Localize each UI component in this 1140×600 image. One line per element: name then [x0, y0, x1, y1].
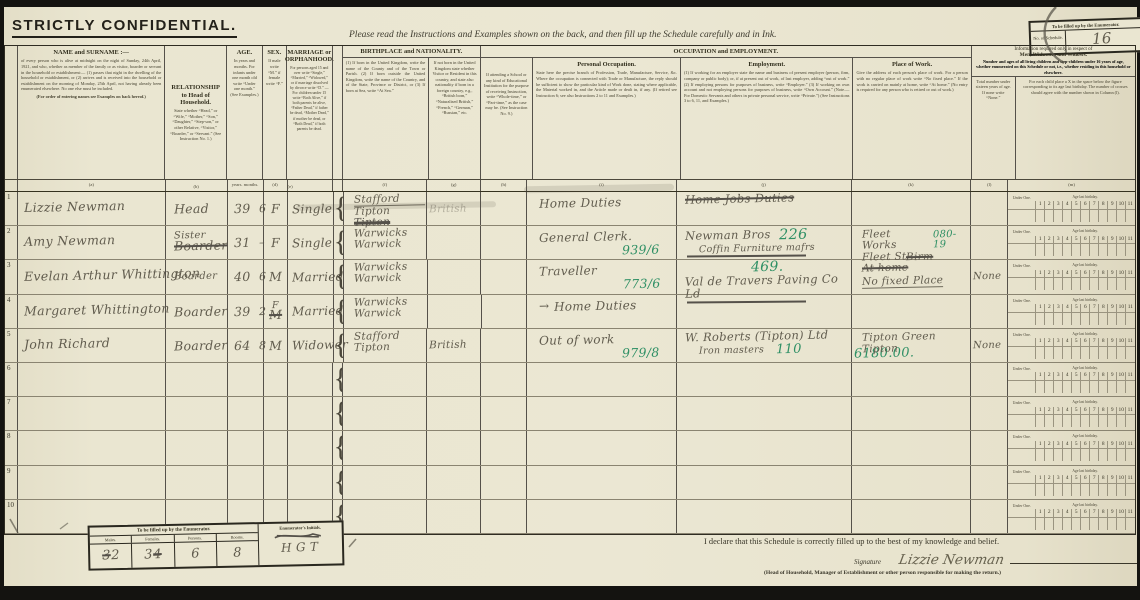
age-years-entry: 39 [233, 201, 250, 216]
school-cell [480, 363, 526, 396]
place-of-work-cell: 6180.00. Tipton Green Tipton [851, 329, 971, 362]
age-cell: 64 8 [227, 329, 263, 362]
occupation-cell: → Home Duties [526, 192, 676, 225]
age-number-cell: 10 [1116, 509, 1125, 517]
females-header: Females. [132, 535, 174, 543]
age-number-cell: 11 [1125, 270, 1134, 278]
enumerator-initials-entry: H G T [281, 539, 319, 555]
birthplace-cell [342, 466, 426, 499]
occupation-cell: → [526, 466, 676, 499]
place-of-work-cell [851, 431, 971, 464]
age-last-birthday-label: Age last birthday. [1035, 332, 1135, 336]
age-mark-strip [1035, 313, 1135, 325]
age-mark-cell [1080, 313, 1089, 325]
children-total-instructions: Total number under sixteen years of age.… [975, 79, 1012, 101]
place-of-work-line1: Tipton Green [861, 331, 935, 343]
place-of-work-cell [851, 192, 971, 225]
age-number-cell: 4 [1062, 270, 1071, 278]
age-mark-cell [1071, 518, 1080, 530]
sex-cell [263, 431, 287, 464]
age-mark-cell [1080, 518, 1089, 530]
under-one-cell: Under One. [1008, 433, 1035, 448]
age-years-entry: 31 [234, 235, 251, 250]
birthplace-column-instructions: (1) If born in the United Kingdom, write… [346, 60, 426, 93]
school-cell [481, 295, 527, 328]
rooms-value: 8 [217, 541, 259, 566]
children-total-cell [970, 226, 1007, 259]
under-one-mark-cell [1008, 484, 1035, 496]
marriage-cell [287, 466, 333, 499]
birthplace-group-header: BIRTHPLACE and NATIONALITY. (1) If born … [342, 46, 480, 179]
age-mark-cell [1125, 518, 1134, 530]
sex-entry: M [269, 269, 282, 284]
employment-cell [676, 363, 851, 396]
age-number-cell: 6 [1080, 372, 1089, 380]
age-number-cell: 11 [1125, 372, 1134, 380]
age-mark-cell [1089, 484, 1098, 496]
age-number-cell: 3 [1053, 509, 1062, 517]
place-of-work-title: Place of Work. [856, 61, 967, 68]
sex-entry: M [268, 338, 281, 353]
occupation-code: 939/6 [622, 242, 660, 258]
age-years-entry: 64 [234, 338, 251, 353]
age-number-cell: 8 [1098, 338, 1107, 346]
children-total-entry: None [973, 271, 1002, 283]
rooms-header: Rooms. [217, 533, 258, 541]
under-one-mark-cell [1008, 518, 1035, 530]
age-mark-cell [1071, 415, 1080, 427]
occupation-cell: → [526, 431, 676, 464]
relationship-column-title: RELATIONSHIP to Head of Household. [168, 84, 223, 106]
age-number-cell: 10 [1116, 407, 1125, 415]
age-number-cell: 3 [1053, 475, 1062, 483]
row-number: 5 [5, 329, 17, 362]
age-number-cell: 11 [1125, 201, 1134, 209]
age-mark-cell [1107, 210, 1116, 222]
personal-occupation-title: Personal Occupation. [536, 61, 677, 68]
age-number-cell: 9 [1107, 475, 1116, 483]
printed-brace: { [332, 431, 342, 464]
age-mark-strip [1035, 518, 1135, 530]
birthplace-cell [342, 431, 426, 464]
sex-cell: F [263, 192, 287, 225]
age-number-cell: 7 [1089, 304, 1098, 312]
age-mark-cell [1062, 518, 1071, 530]
place-of-work-struck: At home [862, 263, 909, 274]
age-cell [227, 431, 263, 464]
row-number: 10 [5, 500, 17, 533]
table-row: 3 Evelan Arthur Whittington Boarder 40 6… [5, 260, 1135, 294]
birthplace-cell: Stafford Tipton [343, 329, 427, 362]
age-number-cell: 11 [1125, 475, 1134, 483]
age-mark-cell [1098, 381, 1107, 393]
children-age-grid: Under One. Age last birthday. 1234567891… [1007, 192, 1135, 225]
footer-employment: (j) [676, 180, 851, 191]
place-of-work-cell [851, 466, 971, 499]
footer-place: (k) [851, 180, 971, 191]
occupation-arrow: → [539, 298, 550, 312]
age-column-header: AGE. In years and months. For infants un… [226, 46, 262, 179]
age-mark-cell [1089, 244, 1098, 256]
nationality-cell [426, 226, 480, 259]
age-number-cell: 7 [1089, 441, 1098, 449]
employer-business: Coffin Furniture mafrs [699, 242, 815, 254]
place-of-work-line1: Fleet Works [861, 229, 925, 251]
school-cell [480, 466, 526, 499]
school-cell [480, 397, 526, 430]
name-cell [17, 363, 165, 396]
children-info-title: Information required only in respect of … [972, 46, 1135, 58]
under-one-mark-cell [1008, 347, 1035, 359]
marriage-cell: Married [287, 295, 333, 328]
children-total-entry: None [973, 340, 1002, 352]
occupation-entry: Home Duties [539, 195, 622, 211]
age-number-strip: 1234567891011 [1035, 441, 1135, 449]
birthplace-cell [342, 500, 426, 533]
children-total-cell: None [970, 260, 1007, 293]
age-number-cell: 4 [1062, 236, 1071, 244]
employment-cell: 469. Val de Travers Paving Co Ld [676, 260, 851, 293]
footer-marriage: (e) [287, 180, 333, 191]
nationality-cell [426, 466, 480, 499]
marriage-cell: Widower [287, 329, 333, 362]
personal-occupation-instructions: State here the precise branch of Profess… [536, 70, 677, 98]
occupation-group-title: OCCUPATION and EMPLOYMENT. [481, 46, 971, 57]
age-number-cell: 5 [1071, 270, 1080, 278]
age-number-cell: 2 [1044, 270, 1053, 278]
birthplace-town: Warwick [354, 273, 425, 285]
age-number-cell: 2 [1044, 509, 1053, 517]
relationship-entry: Head [174, 201, 225, 217]
table-row: 8 { [5, 431, 1135, 465]
age-number-cell: 11 [1125, 509, 1134, 517]
age-number-cell: 4 [1062, 475, 1071, 483]
age-number-cell: 1 [1035, 407, 1044, 415]
males-struck-value: 3 [102, 548, 111, 563]
age-mark-cell [1098, 347, 1107, 359]
place-of-work-underlined: No fixed Place [862, 275, 943, 288]
age-number-cell: 5 [1071, 509, 1080, 517]
age-mark-strip [1035, 484, 1135, 496]
males-header: Males. [90, 536, 132, 544]
employment-cell: W. Roberts (Tipton) Ltd Iron masters 110 [676, 329, 851, 362]
age-number-strip: 1234567891011 [1035, 372, 1135, 380]
age-number-cell: 6 [1080, 236, 1089, 244]
age-mark-cell [1035, 484, 1044, 496]
relationship-cell [165, 397, 227, 430]
employer-name: Newman Bros [685, 229, 771, 242]
age-mark-cell [1116, 381, 1125, 393]
under-one-cell: Under One. [1008, 502, 1035, 517]
age-last-birthday-label: Age last birthday. [1035, 400, 1135, 404]
age-mark-cell [1125, 278, 1134, 290]
sex-entry: F [270, 201, 279, 216]
nationality-cell [426, 431, 480, 464]
age-mark-cell [1035, 347, 1044, 359]
age-last-birthday-label: Age last birthday. [1035, 469, 1135, 473]
employment-instructions: (1) If working for an employer state the… [684, 70, 850, 103]
under-one-cell: Under One. [1008, 194, 1035, 209]
age-number-cell: 1 [1035, 372, 1044, 380]
brace-column-header [332, 46, 342, 179]
nationality-cell [426, 397, 480, 430]
age-number-cell: 7 [1089, 270, 1098, 278]
age-last-birthday-label: Age last birthday. [1035, 434, 1135, 438]
age-number-cell: 1 [1035, 304, 1044, 312]
birthplace-cell [342, 363, 426, 396]
age-mark-cell [1080, 381, 1089, 393]
age-number-cell: 9 [1107, 372, 1116, 380]
under-one-cell: Under One. [1008, 468, 1035, 483]
age-column-instructions: In years and months. For infants under o… [230, 58, 259, 97]
age-number-cell: 4 [1062, 509, 1071, 517]
age-number-cell: 3 [1053, 201, 1062, 209]
printed-brace: { [332, 466, 342, 499]
confidential-heading: STRICTLY CONFIDENTIAL. [12, 17, 237, 38]
children-total-cell [970, 500, 1007, 533]
age-mark-cell [1089, 449, 1098, 461]
age-mark-cell [1107, 381, 1116, 393]
age-mark-cell [1035, 518, 1044, 530]
age-mark-cell [1116, 210, 1125, 222]
enumerator-box: To be filled up by the Enumerator. Males… [88, 520, 345, 570]
age-number-cell: 8 [1098, 372, 1107, 380]
school-column-header: If attending a School or any kind of Edu… [481, 58, 532, 179]
place-of-work-cell: Fleet Works 080-19 Fleet St Birm [851, 226, 971, 259]
relationship-column-instructions: State whether “Head,” or “Wife,” “Mother… [168, 108, 223, 141]
age-mark-cell [1116, 244, 1125, 256]
age-mark-cell [1062, 244, 1071, 256]
age-number-cell: 2 [1044, 236, 1053, 244]
census-table: NAME and SURNAME :— of every person who … [4, 45, 1136, 535]
age-mark-cell [1089, 313, 1098, 325]
children-info-group-header: Information required only in respect of … [971, 46, 1135, 179]
nationality-entry: British [429, 339, 467, 352]
sex-cell: M [263, 260, 287, 293]
place-of-work-cell [851, 363, 971, 396]
occupation-code: 979/8 [622, 344, 660, 360]
age-mark-cell [1053, 278, 1062, 290]
birthplace-cell: Warwicks Warwick [343, 260, 427, 293]
age-number-cell: 6 [1080, 509, 1089, 517]
relationship-entry: Boarder [174, 337, 225, 353]
age-number-cell: 3 [1053, 407, 1062, 415]
age-mark-cell [1035, 210, 1044, 222]
age-mark-cell [1125, 415, 1134, 427]
pencil-strike-line [687, 255, 806, 258]
age-number-cell: 2 [1044, 304, 1053, 312]
age-mark-cell [1098, 449, 1107, 461]
name-cell: Margaret Whittington [17, 295, 165, 328]
occupation-entry: Out of work [539, 332, 615, 348]
age-mark-cell [1080, 347, 1089, 359]
children-age-grid: Under One. Age last birthday. 1234567891… [1007, 500, 1135, 533]
place-of-work-instructions: Give the address of each person's place … [856, 70, 967, 92]
age-number-cell: 9 [1107, 201, 1116, 209]
age-number-cell: 3 [1053, 372, 1062, 380]
age-mark-cell [1080, 244, 1089, 256]
school-cell [480, 192, 526, 225]
age-number-cell: 6 [1080, 407, 1089, 415]
occupation-entry: Traveller [539, 264, 597, 279]
school-column-instructions: If attending a School or any kind of Edu… [484, 72, 529, 117]
age-mark-cell [1098, 278, 1107, 290]
nationality-cell: British [426, 192, 480, 225]
persons-header: Persons. [174, 534, 216, 542]
age-number-cell: 5 [1071, 372, 1080, 380]
name-column-note: (For order of entering names see Example… [21, 94, 161, 99]
name-cell: Evelan Arthur Whittington [17, 260, 165, 293]
age-mark-strip [1035, 449, 1135, 461]
age-mark-cell [1098, 415, 1107, 427]
marriage-cell [287, 431, 333, 464]
employment-struck: Home Jobs Duties [685, 191, 849, 206]
age-mark-cell [1071, 347, 1080, 359]
footer-grid: (m) [1007, 180, 1135, 191]
age-number-cell: 7 [1089, 338, 1098, 346]
children-age-grid: Under One. Age last birthday. 1234567891… [1007, 295, 1135, 328]
age-number-cell: 10 [1116, 441, 1125, 449]
age-number-cell: 2 [1044, 475, 1053, 483]
employment-cell: Home Jobs Duties [676, 192, 851, 225]
census-schedule-scan: { "page": { "classification": "STRICTLY … [0, 0, 1140, 600]
employment-cell [676, 431, 851, 464]
children-age-grid: Under One. Age last birthday. 1234567891… [1007, 260, 1135, 293]
age-number-cell: 9 [1107, 236, 1116, 244]
age-mark-cell [1053, 381, 1062, 393]
age-mark-cell [1071, 484, 1080, 496]
age-mark-cell [1089, 347, 1098, 359]
children-age-grid: Under One. Age last birthday. 1234567891… [1007, 329, 1135, 362]
age-mark-cell [1107, 449, 1116, 461]
under-one-mark-cell [1008, 210, 1035, 222]
sex-cell: F M [263, 295, 287, 328]
age-mark-cell [1089, 518, 1098, 530]
age-mark-cell [1053, 244, 1062, 256]
marriage-cell: Single [287, 226, 333, 259]
age-mark-cell [1089, 210, 1098, 222]
age-mark-cell [1062, 210, 1071, 222]
sex-entry: F [271, 235, 280, 250]
age-number-cell: 6 [1080, 475, 1089, 483]
age-last-birthday-label: Age last birthday. [1035, 298, 1135, 302]
place-of-work-column-header: Place of Work. Give the address of each … [852, 58, 970, 179]
relationship-cell [165, 363, 227, 396]
age-cell [227, 397, 263, 430]
age-number-cell: 7 [1089, 509, 1098, 517]
printed-brace: { [333, 260, 343, 293]
sex-column-title: SEX. [266, 49, 283, 56]
table-body: 1 Lizzie Newman Head 39 6 F Single { [5, 192, 1135, 534]
age-number-cell: 3 [1053, 441, 1062, 449]
age-mark-cell [1098, 484, 1107, 496]
age-mark-cell [1107, 244, 1116, 256]
employer-business-code: 110 [776, 343, 802, 357]
age-mark-cell [1044, 210, 1053, 222]
rooms-entry: 8 [233, 545, 242, 560]
age-mark-cell [1125, 347, 1134, 359]
table-header: NAME and SURNAME :— of every person who … [5, 46, 1135, 180]
relationship-column-header: RELATIONSHIP to Head of Household. State… [164, 46, 226, 179]
nationality-cell [427, 260, 481, 293]
age-mark-cell [1071, 449, 1080, 461]
age-mark-cell [1071, 278, 1080, 290]
nationality-column-instructions: If not born in the United Kingdom state … [432, 60, 476, 116]
age-cell: 31 – [227, 226, 263, 259]
age-mark-cell [1125, 313, 1134, 325]
under-one-cell: Under One. [1008, 262, 1035, 277]
printed-brace: { [332, 397, 342, 430]
age-cell: 40 6 [227, 260, 263, 293]
school-cell [480, 500, 526, 533]
age-number-cell: 9 [1107, 270, 1116, 278]
school-cell [480, 226, 526, 259]
relationship-entry: Boarder [174, 303, 225, 319]
name-cell: John Richard [17, 329, 165, 362]
occupation-entry: Home Duties [554, 298, 637, 314]
age-mark-cell [1116, 484, 1125, 496]
males-entry: 2 [111, 548, 120, 563]
age-cell: 39 2 [227, 295, 263, 328]
age-number-cell: 2 [1044, 372, 1053, 380]
row-number: 8 [5, 431, 17, 464]
occupation-cell: → [526, 397, 676, 430]
age-number-cell: 9 [1107, 441, 1116, 449]
age-number-strip: 1234567891011 [1035, 475, 1135, 483]
sex-cell: M [263, 329, 287, 362]
age-number-cell: 11 [1125, 304, 1134, 312]
sex-cell: F [263, 226, 287, 259]
age-mark-cell [1053, 518, 1062, 530]
age-number-cell: 1 [1035, 338, 1044, 346]
marriage-cell: Married [287, 260, 333, 293]
age-number-cell: 7 [1089, 236, 1098, 244]
age-number-cell: 8 [1098, 304, 1107, 312]
nationality-cell [426, 500, 480, 533]
children-age-grid: Under One. Age last birthday. 1234567891… [1007, 226, 1135, 259]
age-number-cell: 7 [1089, 475, 1098, 483]
table-row: 7 { [5, 397, 1135, 431]
age-mark-cell [1062, 347, 1071, 359]
under-one-cell: Under One. [1008, 331, 1035, 346]
relationship-struck: Boarder [174, 237, 225, 253]
age-mark-cell [1035, 244, 1044, 256]
age-cell [227, 466, 263, 499]
age-mark-cell [1044, 347, 1053, 359]
age-number-cell: 5 [1071, 475, 1080, 483]
birthplace-town: Warwick [354, 238, 425, 250]
table-row: 4 Margaret Whittington Boarder 39 2 F M … [5, 295, 1135, 329]
age-mark-cell [1116, 518, 1125, 530]
employer-business: Iron masters [699, 346, 764, 357]
employer-name: W. Roberts (Tipton) Ltd [685, 329, 829, 343]
age-cell [227, 363, 263, 396]
employment-title: Employment. [684, 61, 850, 68]
under-one-mark-cell [1008, 313, 1035, 325]
persons-entry: 6 [191, 546, 200, 561]
age-number-cell: 7 [1089, 372, 1098, 380]
under-one-mark-cell [1008, 278, 1035, 290]
age-number-cell: 1 [1035, 201, 1044, 209]
place-of-work-code: 080-19 [933, 230, 969, 251]
age-mark-cell [1125, 449, 1134, 461]
age-last-birthday-label: Age last birthday. [1035, 263, 1135, 267]
age-mark-cell [1035, 415, 1044, 427]
sex-column-instructions: If male write “M.” if female write “F.” [266, 58, 283, 86]
name-entry: John Richard [24, 335, 110, 352]
age-number-cell: 10 [1116, 270, 1125, 278]
age-mark-cell [1107, 278, 1116, 290]
